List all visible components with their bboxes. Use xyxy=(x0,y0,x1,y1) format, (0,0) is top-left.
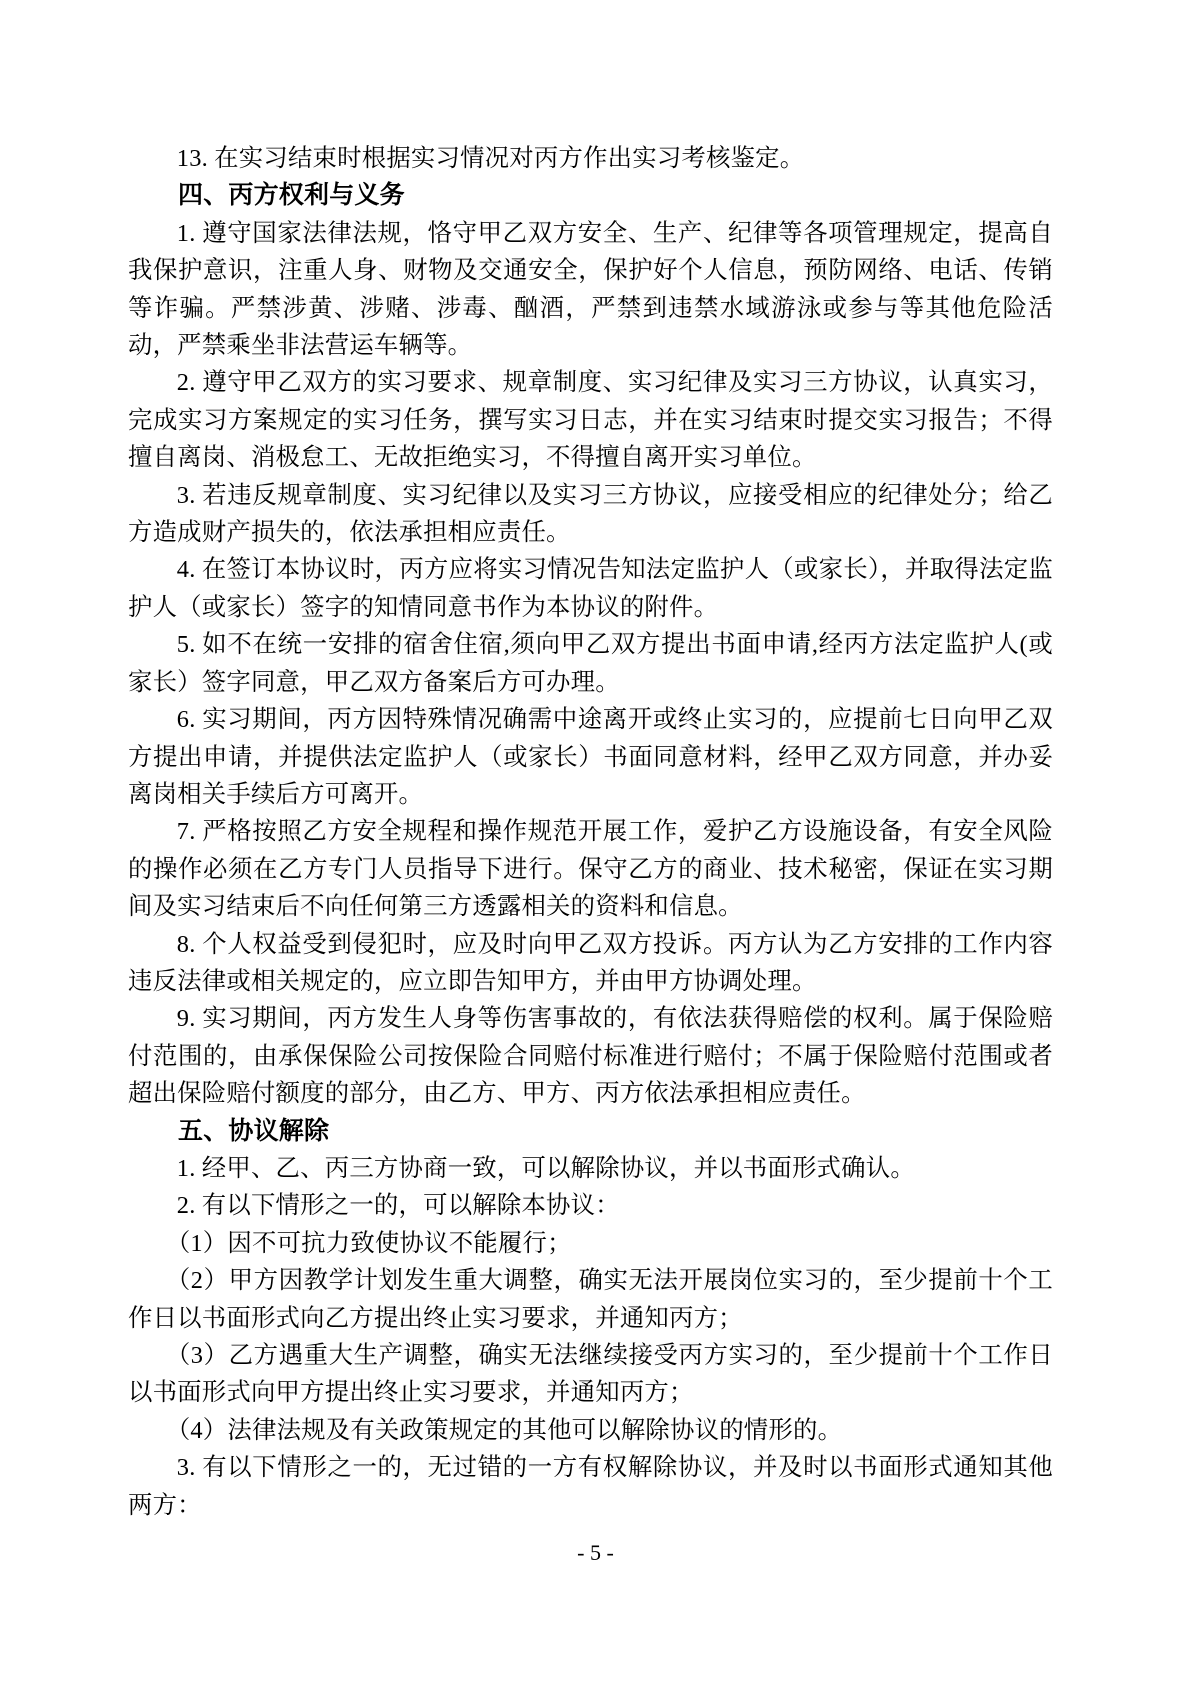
document-body: 13. 在实习结束时根据实习情况对丙方作出实习考核鉴定。 四、丙方权利与义务 1… xyxy=(128,140,1053,1524)
clause-5-2-item-1: （1）因不可抗力致使协议不能履行； xyxy=(128,1225,1053,1262)
page-number: - 5 - xyxy=(0,1538,1191,1568)
clause-4-7: 7. 严格按照乙方安全规程和操作规范开展工作，爱护乙方设施设备，有安全风险的操作… xyxy=(128,813,1053,925)
clause-4-6: 6. 实习期间，丙方因特殊情况确需中途离开或终止实习的，应提前七日向甲乙双方提出… xyxy=(128,701,1053,813)
document-page: 13. 在实习结束时根据实习情况对丙方作出实习考核鉴定。 四、丙方权利与义务 1… xyxy=(0,0,1191,1684)
clause-4-2: 2. 遵守甲乙双方的实习要求、规章制度、实习纪律及实习三方协议，认真实习，完成实… xyxy=(128,364,1053,476)
clause-5-2: 2. 有以下情形之一的，可以解除本协议： xyxy=(128,1187,1053,1224)
clause-5-2-item-4: （4）法律法规及有关政策规定的其他可以解除协议的情形的。 xyxy=(128,1412,1053,1449)
clause-4-4: 4. 在签订本协议时，丙方应将实习情况告知法定监护人（或家长），并取得法定监护人… xyxy=(128,551,1053,626)
clause-5-2-item-3: （3）乙方遇重大生产调整，确实无法继续接受丙方实习的，至少提前十个工作日以书面形… xyxy=(128,1337,1053,1412)
clause-4-1: 1. 遵守国家法律法规，恪守甲乙双方安全、生产、纪律等各项管理规定，提高自我保护… xyxy=(128,215,1053,365)
clause-4-5: 5. 如不在统一安排的宿舍住宿,须向甲乙双方提出书面申请,经丙方法定监护人(或家… xyxy=(128,626,1053,701)
clause-5-2-item-2: （2）甲方因教学计划发生重大调整，确实无法开展岗位实习的，至少提前十个工作日以书… xyxy=(128,1262,1053,1337)
clause-5-3: 3. 有以下情形之一的，无过错的一方有权解除协议，并及时以书面形式通知其他两方： xyxy=(128,1449,1053,1524)
clause-5-1: 1. 经甲、乙、丙三方协商一致，可以解除协议，并以书面形式确认。 xyxy=(128,1150,1053,1187)
clause-4-3: 3. 若违反规章制度、实习纪律以及实习三方协议，应接受相应的纪律处分；给乙方造成… xyxy=(128,477,1053,552)
clause-4-8: 8. 个人权益受到侵犯时，应及时向甲乙双方投诉。丙方认为乙方安排的工作内容违反法… xyxy=(128,926,1053,1001)
clause-4-9: 9. 实习期间，丙方发生人身等伤害事故的，有依法获得赔偿的权利。属于保险赔付范围… xyxy=(128,1000,1053,1112)
clause-13: 13. 在实习结束时根据实习情况对丙方作出实习考核鉴定。 xyxy=(128,140,1053,177)
section-heading-5: 五、协议解除 xyxy=(128,1113,1053,1150)
section-heading-4: 四、丙方权利与义务 xyxy=(128,177,1053,214)
